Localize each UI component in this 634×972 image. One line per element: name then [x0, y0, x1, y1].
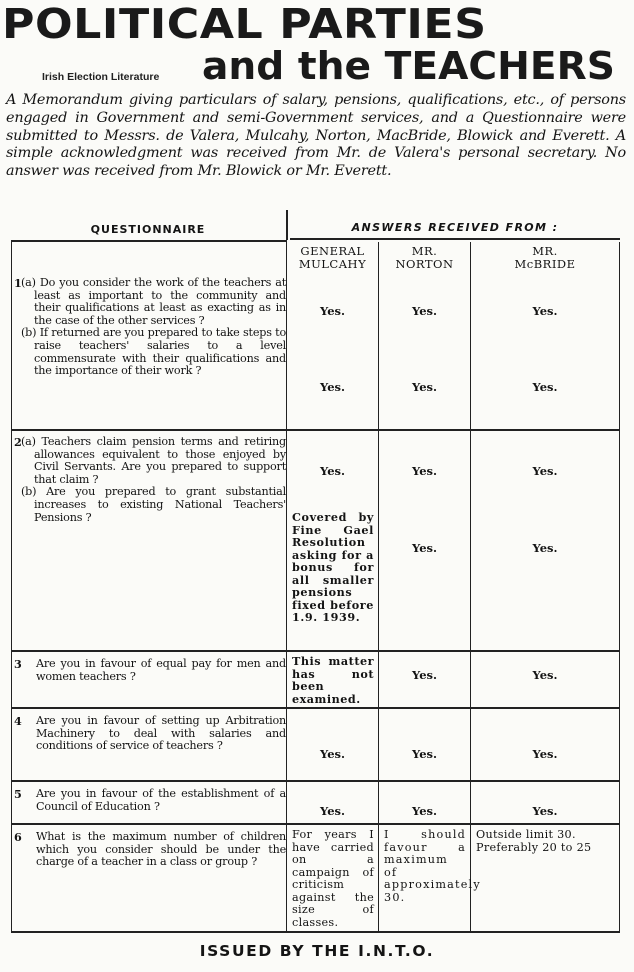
table-row-6: 6 What is the maximum number of children…: [12, 824, 620, 932]
question-cell-1: 1 (a) Do you consider the work of the te…: [12, 242, 287, 430]
question-cell-5: 5 Are you in favour of the establishment…: [12, 781, 287, 824]
column-header-norton: MR. NORTON: [379, 242, 470, 270]
questionnaire-header: QUESTIONNAIRE: [12, 223, 284, 236]
answers-header: ANSWERS RECEIVED FROM :: [290, 221, 620, 234]
table-row-2: 2 (a) Teachers claim pension terms and r…: [12, 430, 620, 651]
answer-mulcahy-2: Yes. Covered by Fine Gael Resolution ask…: [287, 430, 379, 651]
table-row-4: 4 Are you in favour of setting up Arbitr…: [12, 708, 620, 781]
headline-line2: and the TEACHERS: [202, 46, 615, 86]
answer-mcbride-4: Yes.: [471, 708, 620, 781]
table-row-1: 1 (a) Do you consider the work of the te…: [12, 242, 620, 430]
answer-norton-6: I should favour a maximum of approximate…: [379, 824, 471, 932]
watermark-label: Irish Election Literature: [42, 71, 159, 83]
question-2b: (b) Are you prepared to grant substantia…: [12, 486, 286, 524]
header-divider: [286, 210, 288, 240]
question-cell-3: 3 Are you in favour of equal pay for men…: [12, 651, 287, 708]
answer-norton-1: MR. NORTON Yes. Yes.: [379, 242, 471, 430]
questionnaire-table: 1 (a) Do you consider the work of the te…: [11, 242, 620, 933]
answer-norton-2: Yes. Yes.: [379, 430, 471, 651]
answer-mcbride-2: Yes. Yes.: [471, 430, 620, 651]
intro-paragraph: A Memorandum giving particulars of salar…: [6, 92, 626, 181]
question-cell-4: 4 Are you in favour of setting up Arbitr…: [12, 708, 287, 781]
answer-mulcahy-4: Yes.: [287, 708, 379, 781]
answer-mulcahy-5: Yes.: [287, 781, 379, 824]
table-row-3: 3 Are you in favour of equal pay for men…: [12, 651, 620, 708]
table-row-5: 5 Are you in favour of the establishment…: [12, 781, 620, 824]
answer-norton-4: Yes.: [379, 708, 471, 781]
question-1b: (b) If returned are you prepared to take…: [12, 327, 286, 377]
question-number: 1: [14, 277, 22, 290]
answer-mcbride-1: MR. McBRIDE Yes. Yes.: [471, 242, 620, 430]
answer-mcbride-3: Yes.: [471, 651, 620, 708]
question-2a: (a) Teachers claim pension terms and ret…: [12, 436, 286, 486]
column-header-mulcahy: GENERAL MULCAHY: [287, 242, 378, 270]
answer-mulcahy-6: For years I have carried on a campaign o…: [287, 824, 379, 932]
issued-by-footer: ISSUED BY THE I.N.T.O.: [0, 942, 634, 960]
answer-mcbride-6: Outside limit 30. Preferably 20 to 25: [471, 824, 620, 932]
question-cell-2: 2 (a) Teachers claim pension terms and r…: [12, 430, 287, 651]
headline-line1: POLITICAL PARTIES: [2, 2, 487, 46]
answer-norton-5: Yes.: [379, 781, 471, 824]
question-1a: (a) Do you consider the work of the teac…: [12, 277, 286, 327]
answer-norton-3: Yes.: [379, 651, 471, 708]
answer-mulcahy-1: GENERAL MULCAHY Yes. Yes.: [287, 242, 379, 430]
column-header-mcbride: MR. McBRIDE: [471, 242, 619, 270]
answer-mcbride-5: Yes.: [471, 781, 620, 824]
answers-rule: [290, 238, 620, 240]
question-cell-6: 6 What is the maximum number of children…: [12, 824, 287, 932]
answer-mulcahy-3: This matter has not been examined.: [287, 651, 379, 708]
